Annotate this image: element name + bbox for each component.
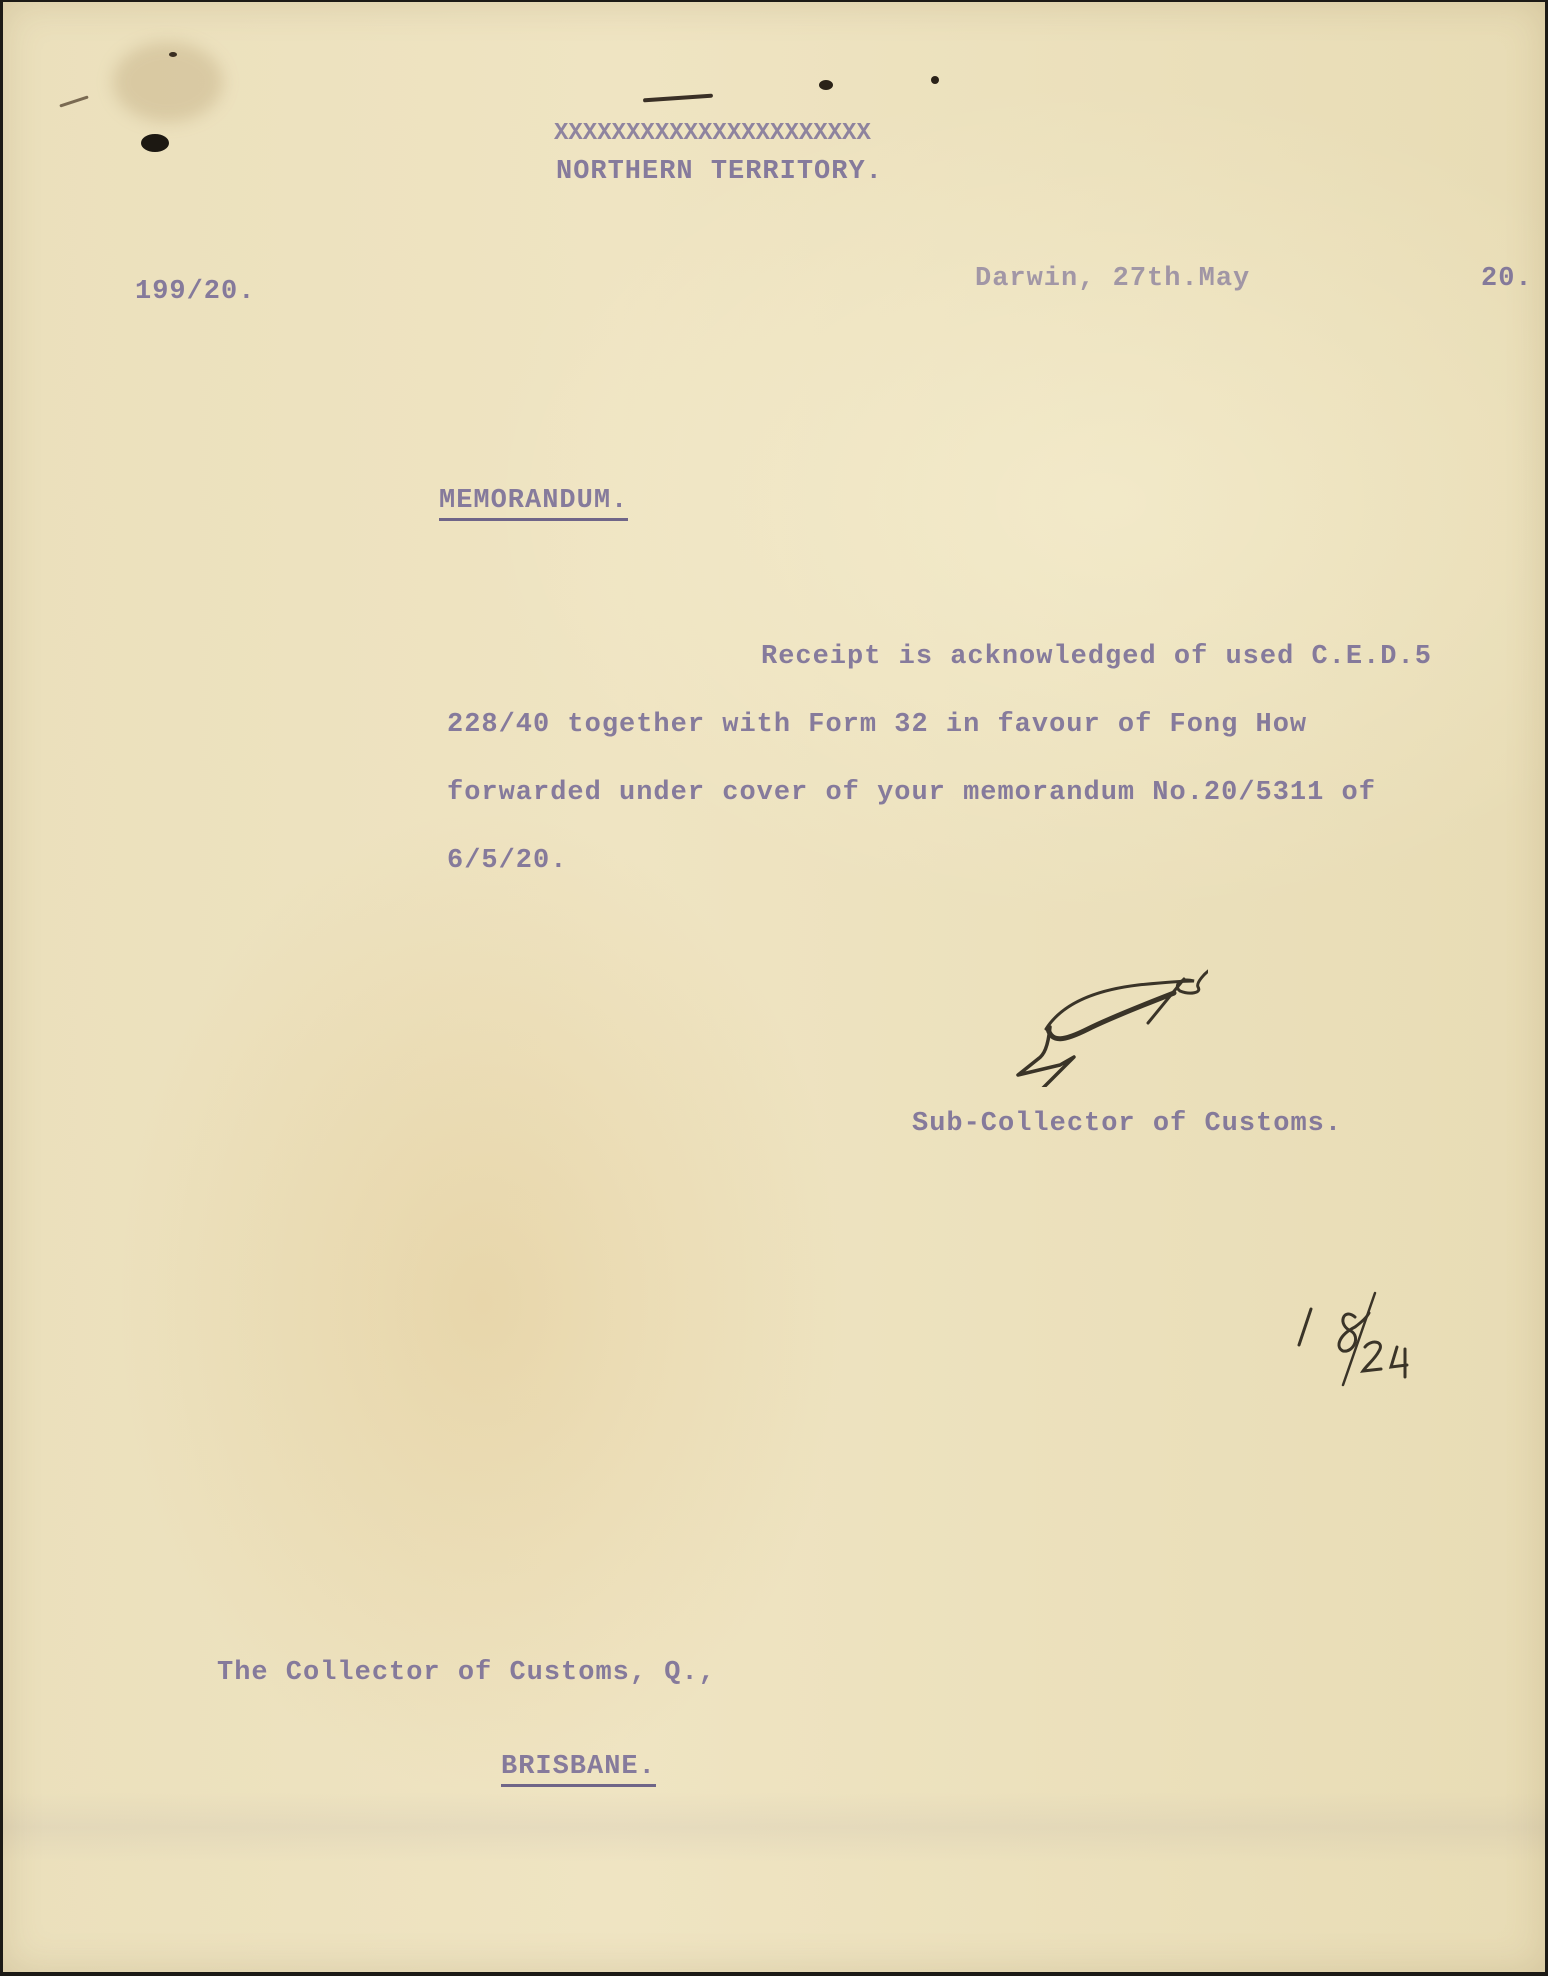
place-date: Darwin, 27th.May bbox=[975, 264, 1250, 294]
body-line-2: 228/40 together with Form 32 in favour o… bbox=[447, 710, 1307, 740]
ink-blot bbox=[141, 134, 169, 152]
signature-icon bbox=[1008, 947, 1208, 1087]
body-line-1: Receipt is acknowledged of used C.E.D.5 bbox=[761, 642, 1432, 672]
ink-speck bbox=[931, 76, 939, 84]
signature-title: Sub-Collector of Customs. bbox=[912, 1109, 1342, 1139]
year: 20. bbox=[1481, 264, 1533, 294]
addressee-line-1: The Collector of Customs, Q., bbox=[217, 1658, 716, 1688]
memorandum-page: XXXXXXXXXXXXXXXXXXXXXX NORTHERN TERRITOR… bbox=[3, 2, 1545, 1972]
handwritten-annotation-icon bbox=[1281, 1287, 1421, 1387]
struck-out-header: XXXXXXXXXXXXXXXXXXXXXX bbox=[554, 120, 871, 147]
ink-speck bbox=[643, 94, 713, 103]
body-line-4: 6/5/20. bbox=[447, 846, 567, 876]
memorandum-heading: MEMORANDUM. bbox=[439, 486, 628, 521]
body-line-3: forwarded under cover of your memorandum… bbox=[447, 778, 1376, 808]
addressee-city: BRISBANE. bbox=[501, 1752, 656, 1787]
territory-header: NORTHERN TERRITORY. bbox=[556, 157, 883, 187]
reference-number: 199/20. bbox=[135, 277, 255, 307]
ink-blot bbox=[169, 52, 177, 57]
stain-mark bbox=[113, 42, 223, 122]
fold-shadow bbox=[3, 1792, 1545, 1862]
ink-speck bbox=[59, 95, 88, 107]
ink-speck bbox=[819, 80, 833, 90]
